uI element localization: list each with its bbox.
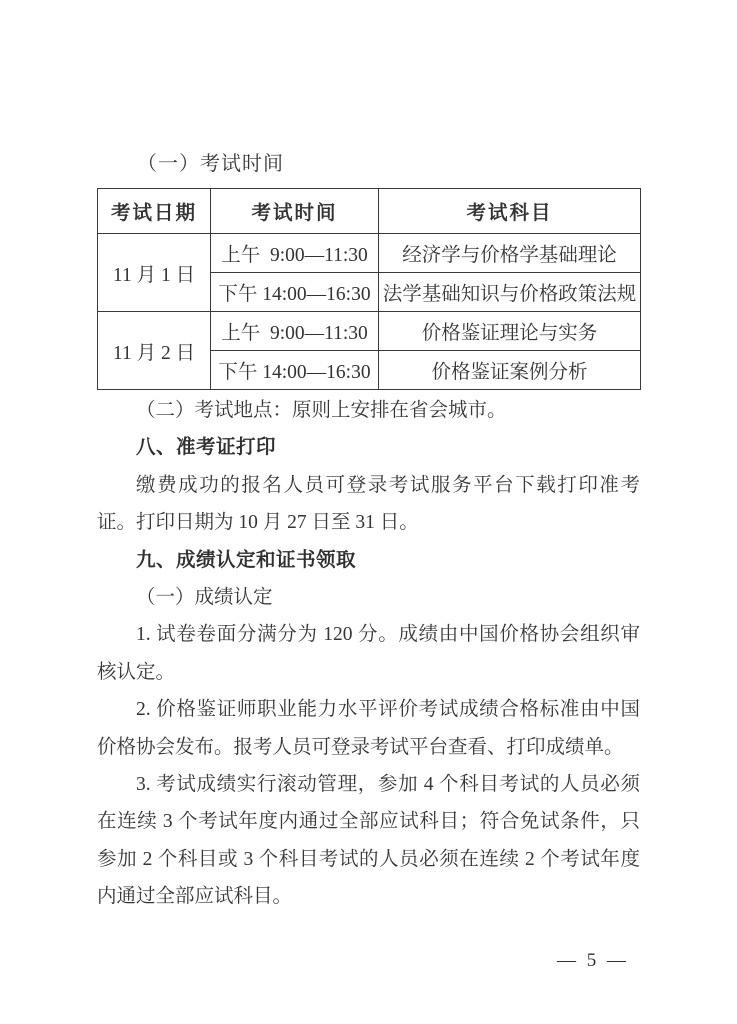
- header-exam-date: 考试日期: [98, 189, 211, 234]
- score-item-3: 3. 考试成绩实行滚动管理，参加 4 个科目考试的人员必须在连续 3 个考试年度…: [97, 766, 640, 916]
- header-exam-subject: 考试科目: [379, 189, 641, 234]
- exam-subject-cell: 经济学与价格学基础理论: [379, 234, 641, 273]
- exam-time-cell: 下午 14:00—16:30: [211, 351, 379, 390]
- exam-date-cell: 11 月 2 日: [98, 312, 211, 390]
- exam-schedule-table: 考试日期 考试时间 考试科目 11 月 1 日 上午 9:00—11:30 经济…: [97, 188, 641, 390]
- section9-heading: 九、成绩认定和证书领取: [97, 542, 640, 579]
- exam-subject-cell: 价格鉴证理论与实务: [379, 312, 641, 351]
- table-header-row: 考试日期 考试时间 考试科目: [98, 189, 641, 234]
- score-recognition-subheading: （一）成绩认定: [97, 579, 640, 616]
- exam-subject-cell: 法学基础知识与价格政策法规: [379, 273, 641, 312]
- page-number: — 5 —: [557, 950, 629, 972]
- table-row: 11 月 1 日 上午 9:00—11:30 经济学与价格学基础理论: [98, 234, 641, 273]
- exam-time-cell: 上午 9:00—11:30: [211, 234, 379, 273]
- section8-heading: 八、准考证打印: [97, 429, 640, 466]
- score-item-1: 1. 试卷卷面分满分为 120 分。成绩由中国价格协会组织审核认定。: [97, 616, 640, 691]
- score-item-2: 2. 价格鉴证师职业能力水平评价考试成绩合格标准由中国价格协会发布。报考人员可登…: [97, 691, 640, 766]
- exam-time-cell: 下午 14:00—16:30: [211, 273, 379, 312]
- exam-time-heading: （一）考试时间: [97, 150, 640, 178]
- document-page: （一）考试时间 考试日期 考试时间 考试科目 11 月 1 日 上午 9:00—…: [97, 150, 640, 916]
- table-row: 11 月 2 日 上午 9:00—11:30 价格鉴证理论与实务: [98, 312, 641, 351]
- exam-date-cell: 11 月 1 日: [98, 234, 211, 312]
- admission-ticket-paragraph: 缴费成功的报名人员可登录考试服务平台下载打印准考证。打印日期为 10 月 27 …: [97, 467, 640, 542]
- exam-time-cell: 上午 9:00—11:30: [211, 312, 379, 351]
- exam-location-line: （二）考试地点：原则上安排在省会城市。: [97, 392, 640, 429]
- header-exam-time: 考试时间: [211, 189, 379, 234]
- exam-subject-cell: 价格鉴证案例分析: [379, 351, 641, 390]
